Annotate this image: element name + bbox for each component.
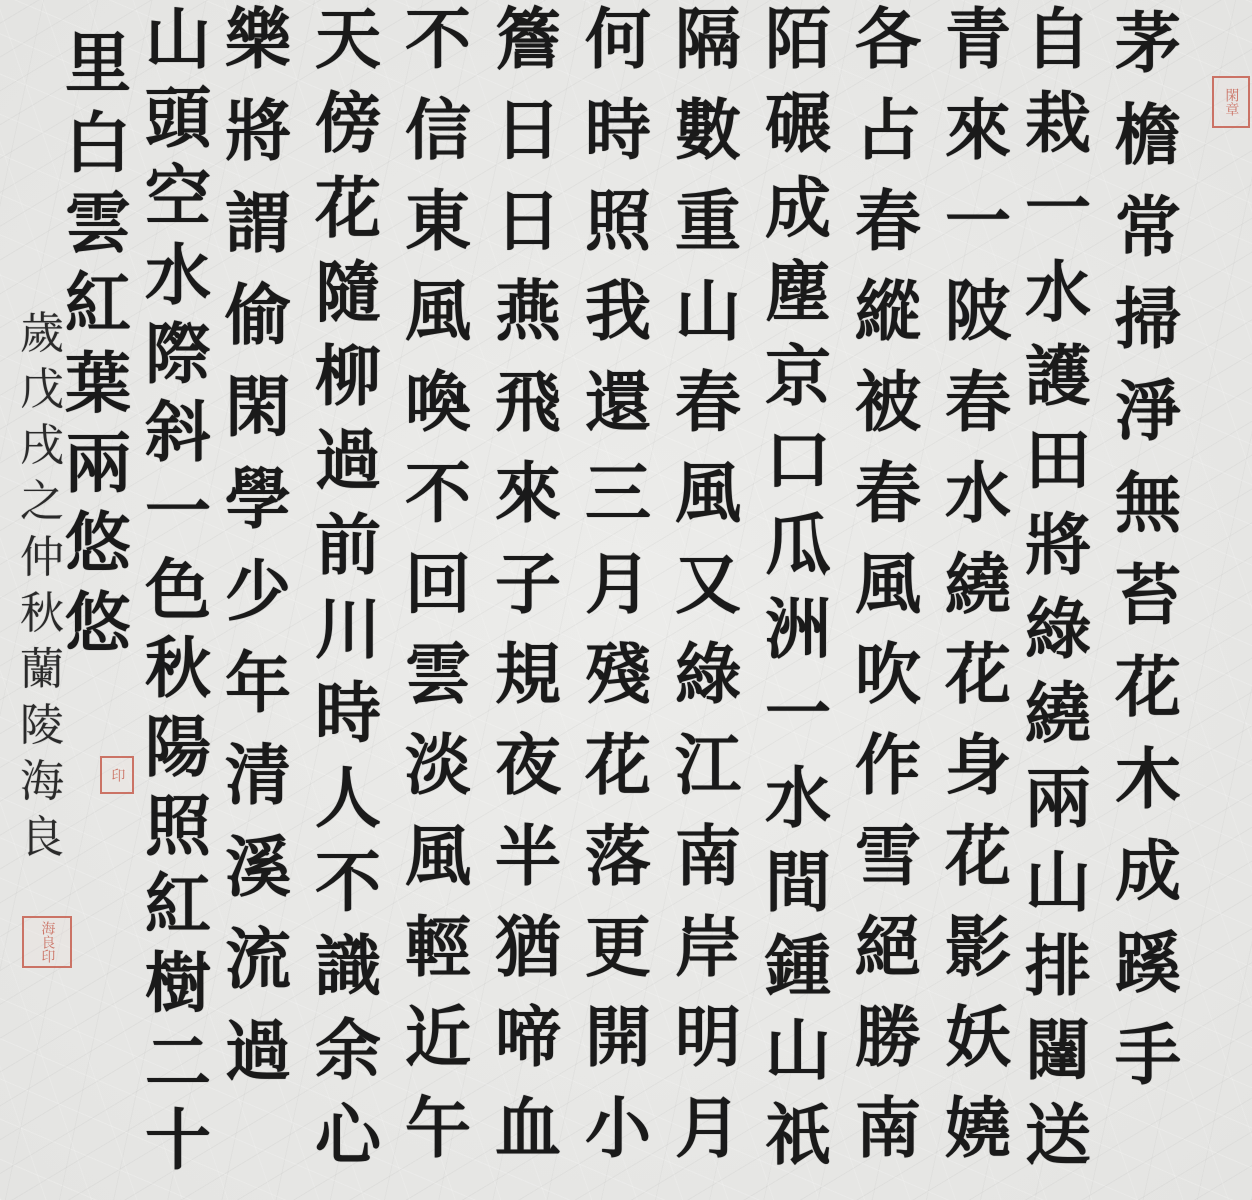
calligraphy-character: 輕 — [393, 914, 483, 1005]
calligraphy-character: 春 — [843, 460, 933, 551]
calligraphy-character: 春 — [663, 369, 753, 460]
calligraphy-character: 空 — [133, 163, 223, 242]
calligraphy-character: 隔 — [663, 6, 753, 97]
calligraphy-character: 偷 — [213, 282, 303, 374]
calligraphy-character: 過 — [213, 1018, 303, 1110]
calligraphy-character: 間 — [753, 849, 843, 933]
calligraphy-character: 繞 — [1013, 680, 1103, 764]
calligraphy-character: 常 — [1103, 194, 1193, 286]
calligraphy-character: 一 — [1013, 175, 1103, 259]
calligraphy-character: 綠 — [1013, 596, 1103, 680]
calligraphy-character: 水 — [133, 242, 223, 321]
calligraphy-character: 綠 — [663, 641, 753, 732]
calligraphy-character: 近 — [393, 1004, 483, 1095]
calligraphy-character: 柳 — [303, 343, 393, 427]
calligraphy-character: 淨 — [1103, 378, 1193, 470]
calligraphy-character: 自 — [1013, 6, 1103, 90]
calligraphy-character: 傍 — [303, 90, 393, 174]
signature-inscription: 歲戊戌之仲秋蘭陵海良 — [14, 312, 70, 872]
calligraphy-character: 又 — [663, 551, 753, 642]
calligraphy-character: 人 — [303, 765, 393, 849]
calligraphy-character: 溪 — [213, 834, 303, 926]
calligraphy-character: 啼 — [483, 1004, 573, 1095]
inscription-character: 陵 — [14, 704, 70, 760]
inscription-character: 蘭 — [14, 648, 70, 704]
calligraphy-character: 不 — [303, 849, 393, 933]
calligraphy-character: 洲 — [753, 596, 843, 680]
calligraphy-character: 雪 — [843, 823, 933, 914]
calligraphy-character: 茅 — [1103, 10, 1193, 102]
calligraphy-character: 午 — [393, 1095, 483, 1186]
calligraphy-column: 自栽一水護田將綠繞兩山排闥送 — [1013, 6, 1103, 1186]
calligraphy-character: 南 — [663, 823, 753, 914]
calligraphy-character: 岸 — [663, 914, 753, 1005]
calligraphy-character: 花 — [573, 732, 663, 823]
inscription-character: 戌 — [14, 424, 70, 480]
calligraphy-character: 白 — [53, 110, 143, 190]
calligraphy-character: 青 — [933, 6, 1023, 97]
calligraphy-character: 時 — [303, 680, 393, 764]
artist-name-seal: 海良印 — [22, 916, 72, 968]
calligraphy-character: 妖 — [933, 1004, 1023, 1095]
calligraphy-character: 時 — [573, 97, 663, 188]
calligraphy-character: 成 — [1103, 838, 1193, 930]
calligraphy-character: 陂 — [933, 278, 1023, 369]
calligraphy-character: 清 — [213, 742, 303, 834]
small-seal: 印 — [100, 756, 134, 794]
calligraphy-character: 少 — [213, 558, 303, 650]
calligraphy-character: 樂 — [213, 6, 303, 98]
calligraphy-character: 謂 — [213, 190, 303, 282]
calligraphy-character: 開 — [573, 1004, 663, 1095]
calligraphy-character: 十 — [133, 1107, 223, 1186]
calligraphy-character: 栽 — [1013, 90, 1103, 174]
calligraphy-character: 更 — [573, 914, 663, 1005]
calligraphy-character: 數 — [663, 97, 753, 188]
calligraphy-character: 兩 — [1013, 765, 1103, 849]
calligraphy-character: 飛 — [483, 369, 573, 460]
calligraphy-character: 余 — [303, 1017, 393, 1101]
calligraphy-column: 何時照我還三月殘花落更開小 — [573, 6, 663, 1186]
calligraphy-character: 照 — [133, 793, 223, 872]
calligraphy-character: 一 — [133, 478, 223, 557]
calligraphy-character: 殘 — [573, 641, 663, 732]
calligraphy-character: 將 — [1013, 512, 1103, 596]
calligraphy-character: 作 — [843, 732, 933, 823]
calligraphy-character: 何 — [573, 6, 663, 97]
calligraphy-character: 花 — [933, 823, 1023, 914]
calligraphy-character: 不 — [393, 460, 483, 551]
calligraphy-character: 我 — [573, 278, 663, 369]
calligraphy-character: 影 — [933, 914, 1023, 1005]
calligraphy-character: 春 — [843, 188, 933, 279]
calligraphy-character: 水 — [1013, 259, 1103, 343]
calligraphy-character: 身 — [933, 732, 1023, 823]
calligraphy-character: 蹊 — [1103, 930, 1193, 1022]
calligraphy-character: 日 — [483, 188, 573, 279]
calligraphy-character: 南 — [843, 1095, 933, 1186]
calligraphy-character: 手 — [1103, 1022, 1193, 1114]
calligraphy-character: 將 — [213, 98, 303, 190]
calligraphy-character: 淡 — [393, 732, 483, 823]
inscription-character: 良 — [14, 816, 70, 872]
calligraphy-character: 繞 — [933, 551, 1023, 642]
calligraphy-character: 月 — [573, 551, 663, 642]
calligraphy-character: 無 — [1103, 470, 1193, 562]
calligraphy-character: 苔 — [1103, 562, 1193, 654]
calligraphy-character: 陽 — [133, 714, 223, 793]
calligraphy-character: 京 — [753, 343, 843, 427]
calligraphy-column: 青來一陂春水繞花身花影妖嬈 — [933, 6, 1023, 1186]
calligraphy-character: 鍾 — [753, 933, 843, 1017]
calligraphy-character: 月 — [663, 1095, 753, 1186]
calligraphy-character: 來 — [483, 460, 573, 551]
calligraphy-character: 護 — [1013, 343, 1103, 427]
calligraphy-character: 明 — [663, 1004, 753, 1095]
calligraphy-character: 紅 — [133, 871, 223, 950]
calligraphy-character: 夜 — [483, 732, 573, 823]
calligraphy-character: 學 — [213, 466, 303, 558]
calligraphy-column: 天傍花隨柳過前川時人不識余心 — [303, 6, 393, 1186]
calligraphy-column: 不信東風喚不回雲淡風輕近午 — [393, 6, 483, 1186]
calligraphy-character: 花 — [1103, 654, 1193, 746]
calligraphy-character: 祇 — [753, 1102, 843, 1186]
calligraphy-character: 江 — [663, 732, 753, 823]
calligraphy-character: 雲 — [393, 641, 483, 732]
calligraphy-character: 風 — [843, 551, 933, 642]
calligraphy-character: 子 — [483, 551, 573, 642]
calligraphy-character: 檐 — [1103, 102, 1193, 194]
calligraphy-character: 成 — [753, 175, 843, 259]
calligraphy-character: 簷 — [483, 6, 573, 97]
calligraphy-character: 風 — [393, 278, 483, 369]
calligraphy-character: 山 — [1013, 849, 1103, 933]
calligraphy-character: 縱 — [843, 278, 933, 369]
calligraphy-character: 水 — [933, 460, 1023, 551]
calligraphy-character: 碾 — [753, 90, 843, 174]
calligraphy-character: 小 — [573, 1095, 663, 1186]
calligraphy-character: 嬈 — [933, 1095, 1023, 1186]
calligraphy-character: 口 — [753, 427, 843, 511]
calligraphy-character: 樹 — [133, 950, 223, 1029]
calligraphy-character: 被 — [843, 369, 933, 460]
calligraphy-character: 色 — [133, 557, 223, 636]
calligraphy-character: 還 — [573, 369, 663, 460]
calligraphy-character: 田 — [1013, 427, 1103, 511]
inscription-character: 仲 — [14, 536, 70, 592]
leading-seal: 閑章 — [1212, 76, 1250, 128]
calligraphy-character: 水 — [753, 765, 843, 849]
calligraphy-column: 樂將謂偷閑學少年清溪流過 — [213, 6, 303, 1110]
calligraphy-character: 一 — [753, 680, 843, 764]
calligraphy-character: 際 — [133, 321, 223, 400]
calligraphy-character: 山 — [753, 1017, 843, 1101]
calligraphy-character: 識 — [303, 933, 393, 1017]
calligraphy-character: 春 — [933, 369, 1023, 460]
calligraphy-character: 過 — [303, 427, 393, 511]
calligraphy-column: 陌碾成塵京口瓜洲一水間鍾山祇 — [753, 6, 843, 1186]
calligraphy-character: 天 — [303, 6, 393, 90]
calligraphy-character: 回 — [393, 551, 483, 642]
calligraphy-character: 信 — [393, 97, 483, 188]
calligraphy-column: 隔數重山春風又綠江南岸明月 — [663, 6, 753, 1186]
inscription-character: 戊 — [14, 368, 70, 424]
calligraphy-character: 流 — [213, 926, 303, 1018]
calligraphy-character: 風 — [393, 823, 483, 914]
calligraphy-character: 前 — [303, 512, 393, 596]
calligraphy-character: 一 — [933, 188, 1023, 279]
calligraphy-character: 吹 — [843, 641, 933, 732]
calligraphy-character: 二 — [133, 1029, 223, 1108]
calligraphy-character: 塵 — [753, 259, 843, 343]
calligraphy-character: 陌 — [753, 6, 843, 90]
calligraphy-column: 山頭空水際斜一色秋陽照紅樹二十 — [133, 6, 223, 1186]
calligraphy-character: 猶 — [483, 914, 573, 1005]
calligraphy-character: 頭 — [133, 85, 223, 164]
calligraphy-character: 燕 — [483, 278, 573, 369]
calligraphy-character: 花 — [933, 641, 1023, 732]
calligraphy-character: 風 — [663, 460, 753, 551]
calligraphy-character: 排 — [1013, 933, 1103, 1017]
calligraphy-character: 來 — [933, 97, 1023, 188]
calligraphy-character: 勝 — [843, 1004, 933, 1095]
calligraphy-character: 闥 — [1013, 1017, 1103, 1101]
inscription-character: 歲 — [14, 312, 70, 368]
calligraphy-character: 血 — [483, 1095, 573, 1186]
calligraphy-character: 秋 — [133, 635, 223, 714]
calligraphy-character: 花 — [303, 175, 393, 259]
calligraphy-character: 重 — [663, 188, 753, 279]
calligraphy-character: 閑 — [213, 374, 303, 466]
calligraphy-character: 木 — [1103, 746, 1193, 838]
calligraphy-character: 照 — [573, 188, 663, 279]
calligraphy-character: 掃 — [1103, 286, 1193, 378]
calligraphy-column: 簷日日燕飛來子規夜半猶啼血 — [483, 6, 573, 1186]
calligraphy-character: 雲 — [53, 190, 143, 270]
calligraphy-character: 半 — [483, 823, 573, 914]
calligraphy-character: 不 — [393, 6, 483, 97]
calligraphy-character: 山 — [663, 278, 753, 369]
calligraphy-character: 斜 — [133, 399, 223, 478]
calligraphy-character: 山 — [133, 6, 223, 85]
calligraphy-character: 絕 — [843, 914, 933, 1005]
calligraphy-character: 喚 — [393, 369, 483, 460]
calligraphy-character: 里 — [53, 30, 143, 110]
calligraphy-character: 日 — [483, 97, 573, 188]
inscription-character: 之 — [14, 480, 70, 536]
inscription-character: 秋 — [14, 592, 70, 648]
calligraphy-character: 東 — [393, 188, 483, 279]
calligraphy-column: 茅檐常掃淨無苔花木成蹊手 — [1103, 10, 1193, 1114]
calligraphy-character: 送 — [1013, 1102, 1103, 1186]
calligraphy-character: 落 — [573, 823, 663, 914]
calligraphy-character: 瓜 — [753, 512, 843, 596]
calligraphy-character: 各 — [843, 6, 933, 97]
calligraphy-character: 三 — [573, 460, 663, 551]
calligraphy-character: 年 — [213, 650, 303, 742]
calligraphy-column: 各占春縱被春風吹作雪絕勝南 — [843, 6, 933, 1186]
calligraphy-character: 占 — [843, 97, 933, 188]
inscription-character: 海 — [14, 760, 70, 816]
calligraphy-character: 隨 — [303, 259, 393, 343]
calligraphy-character: 心 — [303, 1102, 393, 1186]
calligraphy-character: 川 — [303, 596, 393, 680]
calligraphy-character: 規 — [483, 641, 573, 732]
